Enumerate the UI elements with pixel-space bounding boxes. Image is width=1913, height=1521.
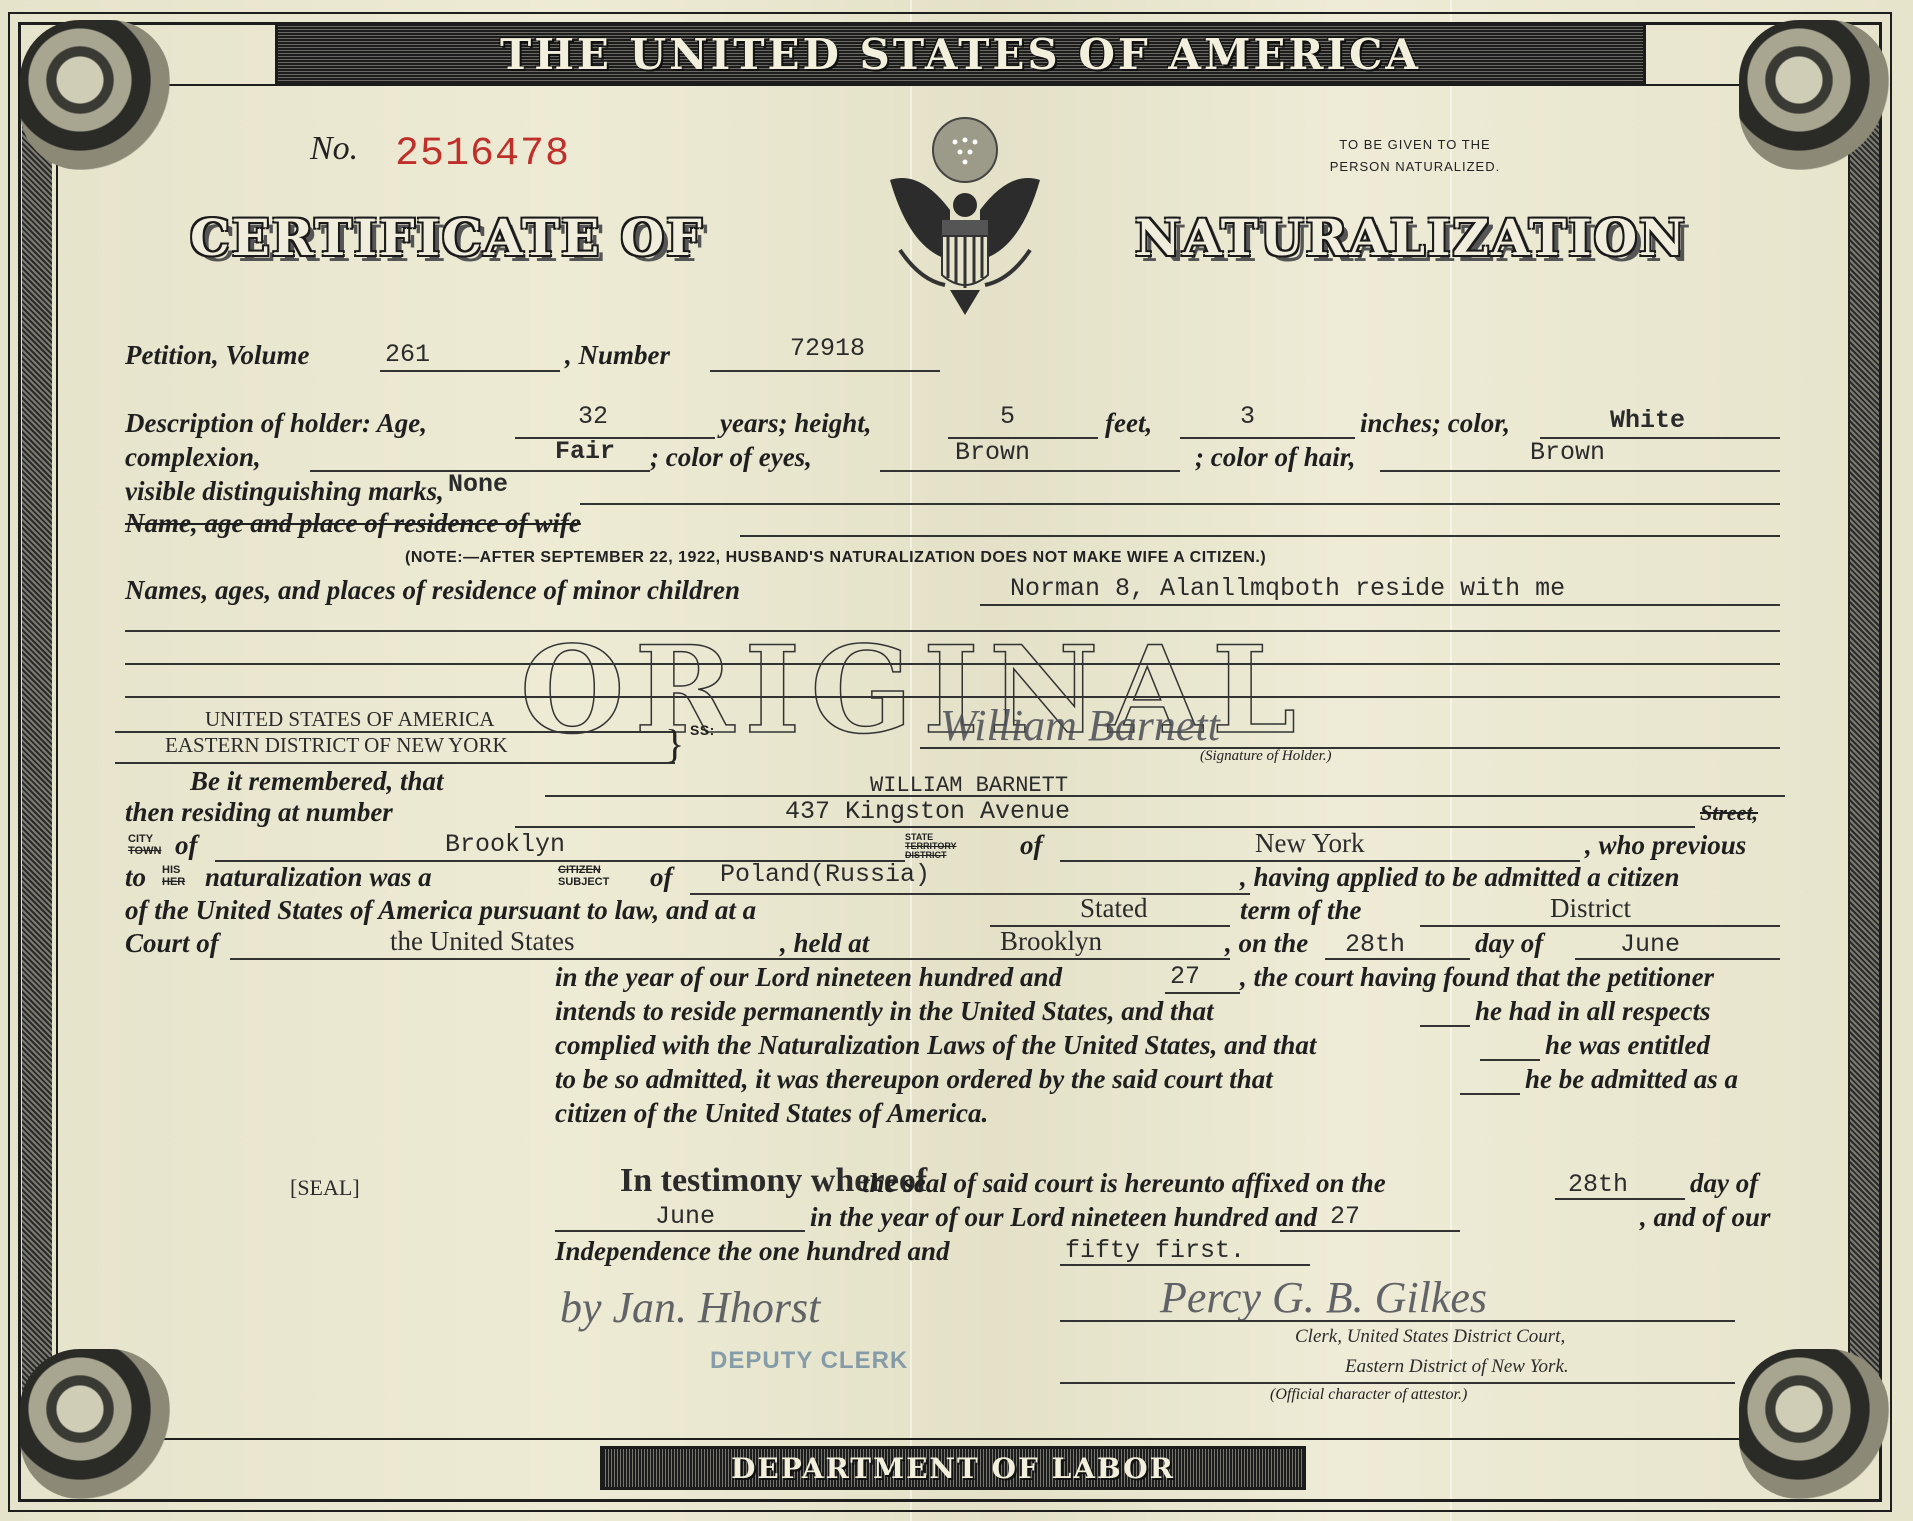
rule	[1180, 437, 1355, 439]
children-value: Norman 8, Alanllmqboth reside with me	[1010, 574, 1565, 603]
state-value: New York	[1255, 828, 1365, 859]
rule	[710, 370, 940, 372]
rule	[1165, 992, 1240, 994]
hair-value: Brown	[1530, 438, 1605, 467]
street-label: Street,	[1700, 800, 1758, 826]
city-town-prefix: CITY TOWN	[128, 833, 161, 857]
finding-1: , the court having found that the petiti…	[1240, 962, 1714, 993]
city-of-label: of	[175, 830, 198, 861]
district-prefix-struck: DISTRICT	[905, 851, 957, 860]
pronoun-his: HIS	[162, 864, 185, 876]
number-label: No.	[310, 130, 358, 168]
bottom-banner: DEPARTMENT OF LABOR	[600, 1446, 1306, 1490]
ornament-corner-bottom-right-icon	[1739, 1349, 1889, 1499]
who-previous-label: , who previous	[1585, 830, 1746, 861]
rule	[380, 370, 560, 372]
pronoun-her-struck: HER	[162, 876, 185, 888]
naturalization-label: naturalization was a	[205, 862, 432, 893]
day-of-label: day of	[1475, 928, 1543, 959]
rule	[1460, 1093, 1520, 1095]
finding-3: complied with the Naturalization Laws of…	[555, 1030, 1316, 1061]
holder-name: WILLIAM BARNETT	[870, 773, 1068, 798]
holder-signature: William Barnett	[940, 700, 1220, 751]
hearing-day-value: 28th	[1345, 930, 1405, 959]
citizen-struck: CITIZEN	[558, 864, 609, 876]
given-to-note: TO BE GIVEN TO THE PERSON NATURALIZED.	[1290, 134, 1540, 178]
venue-line-2: EASTERN DISTRICT OF NEW YORK	[165, 733, 508, 758]
venue-line-1: UNITED STATES OF AMERICA	[205, 707, 494, 732]
finding-3b: he was entitled	[1545, 1030, 1710, 1061]
hearing-year-value: 27	[1170, 962, 1200, 991]
year-label: in the year of our Lord nineteen hundred…	[555, 962, 1062, 993]
and-of-our-label: , and of our	[1640, 1202, 1771, 1233]
age-value: 32	[578, 402, 608, 431]
affixed-label: the seal of said court is hereunto affix…	[862, 1168, 1386, 1199]
height-feet-value: 5	[1000, 402, 1015, 431]
color-value: White	[1610, 406, 1685, 435]
hearing-month-value: June	[1620, 930, 1680, 959]
description-label: Description of holder: Age,	[125, 408, 427, 439]
rule	[1060, 1382, 1735, 1384]
petition-number-value: 72918	[790, 334, 865, 363]
wife-citizenship-note: (NOTE:—AFTER SEPTEMBER 22, 1922, HUSBAND…	[405, 549, 1266, 567]
on-the-label: , on the	[1225, 928, 1308, 959]
finding-2b: he had in all respects	[1475, 996, 1711, 1027]
testimony-day-value: 28th	[1568, 1170, 1628, 1199]
ornament-corner-top-left-icon	[20, 20, 170, 170]
address-value: 437 Kingston Avenue	[785, 797, 1070, 826]
finding-4b: he be admitted as a	[1525, 1064, 1738, 1095]
petition-number-label: , Number	[565, 340, 670, 371]
held-at-label: , held at	[780, 928, 869, 959]
ornament-corner-bottom-left-icon	[20, 1349, 170, 1499]
holder-signature-caption: (Signature of Holder.)	[1200, 748, 1332, 765]
court-of-label: Court of	[125, 928, 219, 959]
town-prefix-struck: TOWN	[128, 845, 161, 857]
rule	[515, 826, 1695, 828]
clerk-title-line-1: Clerk, United States District Court,	[1295, 1326, 1565, 1348]
residing-label: then residing at number	[125, 797, 393, 828]
venue-brace-icon: }	[665, 720, 684, 767]
rule	[1380, 470, 1780, 472]
title-right: NATURALIZATION	[1135, 208, 1687, 267]
banner-bottom-text: DEPARTMENT OF LABOR	[731, 1452, 1175, 1485]
rule	[1480, 1059, 1540, 1061]
independence-label: Independence the one hundred and	[555, 1236, 950, 1267]
rule	[1060, 1320, 1735, 1322]
title-left: CERTIFICATE OF	[190, 208, 704, 267]
finding-2: intends to reside permanently in the Uni…	[555, 996, 1214, 1027]
rule	[920, 747, 1780, 749]
court-of-value: the United States	[390, 926, 574, 957]
subject-label: SUBJECT	[558, 876, 609, 888]
clerk-signature: Percy G. B. Gilkes	[1160, 1272, 1487, 1323]
children-label: Names, ages, and places of residence of …	[125, 575, 740, 606]
height-inches-value: 3	[1240, 402, 1255, 431]
petition-volume-label: Petition, Volume	[125, 340, 310, 371]
complexion-label: complexion,	[125, 442, 261, 473]
testimony-day-of-label: day of	[1690, 1168, 1758, 1199]
right-guilloche-border	[1849, 80, 1879, 1440]
eyes-label: ; color of eyes,	[650, 442, 812, 473]
independence-value: fifty first.	[1065, 1236, 1245, 1265]
deputy-clerk-stamp: DEPUTY CLERK	[710, 1347, 908, 1375]
rule	[1280, 1230, 1460, 1232]
ornament-corner-top-right-icon	[1739, 20, 1889, 170]
court-type-value: District	[1550, 893, 1631, 924]
testimony-year-label: in the year of our Lord nineteen hundred…	[810, 1202, 1317, 1233]
finding-4: to be so admitted, it was thereupon orde…	[555, 1064, 1273, 1095]
hair-label: ; color of hair,	[1195, 442, 1356, 473]
rule	[580, 503, 1780, 505]
rule	[115, 762, 675, 764]
given-to-line-1: TO BE GIVEN TO THE	[1290, 134, 1540, 156]
rule	[980, 604, 1780, 606]
certificate-number: 2516478	[395, 132, 570, 177]
ss-label: SS:	[690, 722, 715, 738]
term-type-value: Stated	[1080, 893, 1148, 924]
left-guilloche-border	[22, 80, 52, 1440]
inches-label: inches; color,	[1360, 408, 1510, 439]
state-of-label: of	[1020, 830, 1043, 861]
marks-label: visible distinguishing marks,	[125, 476, 444, 507]
subject-of-label: of	[650, 862, 673, 893]
testimony-month-value: June	[655, 1202, 715, 1231]
clerk-title-line-2: Eastern District of New York.	[1345, 1356, 1569, 1378]
petition-volume-value: 261	[385, 340, 430, 369]
to-label: to	[125, 862, 146, 893]
testimony-year-value: 27	[1330, 1202, 1360, 1231]
top-banner: THE UNITED STATES OF AMERICA	[275, 22, 1646, 86]
seal-placeholder: [SEAL]	[290, 1175, 360, 1201]
status-prefix: CITIZEN SUBJECT	[558, 864, 609, 888]
deputy-clerk-signature: by Jan. Hhorst	[560, 1282, 820, 1333]
feet-label: feet,	[1105, 408, 1152, 439]
eyes-value: Brown	[955, 438, 1030, 467]
city-value: Brooklyn	[445, 830, 565, 859]
banner-top-text: THE UNITED STATES OF AMERICA	[500, 30, 1421, 79]
pronoun-prefix: HIS HER	[162, 864, 185, 888]
rule	[690, 893, 1250, 895]
rule	[1420, 1025, 1470, 1027]
city-prefix: CITY	[128, 833, 161, 845]
complexion-value: Fair	[555, 437, 615, 466]
given-to-line-2: PERSON NATURALIZED.	[1290, 156, 1540, 178]
rule	[1420, 925, 1780, 927]
held-at-value: Brooklyn	[1000, 926, 1102, 957]
years-label: years; height,	[720, 408, 872, 439]
wife-label-struck: Name, age and place of residence of wife	[125, 508, 581, 539]
term-of-label: term of the	[1240, 895, 1362, 926]
rule	[545, 795, 1785, 797]
rule	[880, 958, 1230, 960]
applied-label: , having applied to be admitted a citize…	[1240, 862, 1679, 893]
great-seal-eagle-icon	[880, 110, 1050, 330]
state-prefix: STATE TERRITORY DISTRICT	[905, 833, 957, 860]
finding-5: citizen of the United States of America.	[555, 1098, 988, 1129]
attestor-caption: (Official character of attestor.)	[1270, 1386, 1467, 1404]
rule	[880, 470, 1180, 472]
remembered-label: Be it remembered, that	[190, 766, 443, 797]
former-country-value: Poland(Russia)	[720, 860, 930, 889]
pursuant-label: of the United States of America pursuant…	[125, 895, 756, 926]
marks-value: None	[448, 470, 508, 499]
rule	[740, 535, 1780, 537]
